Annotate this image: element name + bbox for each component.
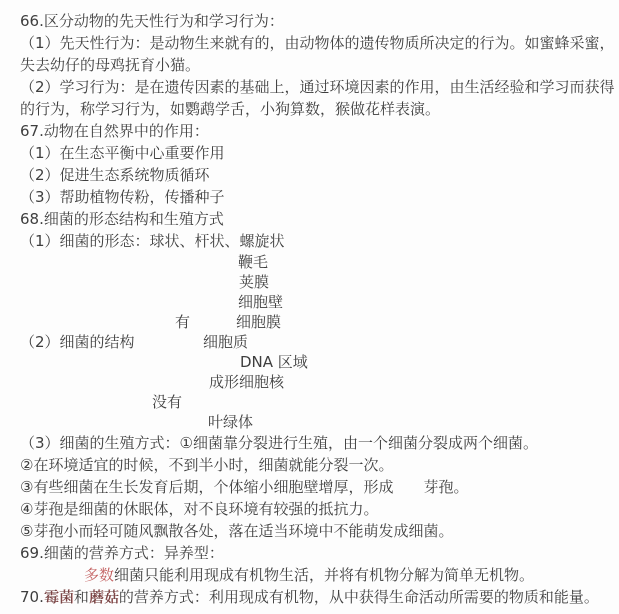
flagellum-label: 鞭毛	[238, 252, 268, 272]
note68-title: 68.细菌的形态结构和生殖方式	[20, 208, 613, 230]
cytoplasm-label: 细胞质	[203, 332, 248, 352]
study-notes-page: 66.区分动物的先天性行为和学习行为： （1）先天性行为：是动物生来就有的，由动…	[0, 0, 619, 614]
note67-title: 67.动物在自然界中的作用：	[20, 120, 613, 142]
note68-reproduction-4: ④芽孢是细菌的休眠体，对不良环境有较强的抵抗力。	[20, 498, 613, 520]
bacteria-structure-diagram: 鞭毛 荚膜 细胞壁 有 细胞膜 （2）细菌的结构 细胞质 DNA 区域 成形细胞…	[20, 252, 613, 432]
note66-innate-behavior-line2: 失去幼仔的母鸡抚育小猫。	[20, 54, 613, 76]
note69-detail: 多数细菌只能利用现成有机物生活，并将有机物分解为简单无机物。	[20, 564, 613, 586]
note70-mushroom-annotated: 蘑菇	[89, 588, 119, 606]
note68-reproduction-3: ③有些细菌在生长发育后期，个体缩小细胞壁增厚，形成 芽孢。	[20, 476, 613, 498]
note69-title: 69.细菌的营养方式：异养型：	[20, 542, 613, 564]
not-have-label: 没有	[152, 392, 182, 412]
note70-number: 70.	[20, 588, 44, 606]
cell-membrane-label: 细胞膜	[236, 312, 281, 332]
note69-detail-text: 细菌只能利用现成有机物生活，并将有机物分解为简单无机物。	[114, 566, 534, 584]
note67-point-1: （1）在生态平衡中心重要作用	[20, 142, 613, 164]
note67-point-3: （3）帮助植物传粉，传播种子	[20, 186, 613, 208]
note68-reproduction-2: ②在环境适宜的时候，不到半小时，细菌就能分裂一次。	[20, 454, 613, 476]
note67-point-2: （2）促进生态系统物质循环	[20, 164, 613, 186]
note70-body: 的营养方式：利用现成有机物，从中获得生命活动所需要的物质和能量。	[119, 588, 599, 606]
note68-reproduction-5: ⑤芽孢小而轻可随风飘散各处，落在适当环境中不能萌发成细菌。	[20, 520, 613, 542]
note66-learned-behavior-line2: 的行为，称学习行为，如鹦鹉学舌，小狗算数，猴做花样表演。	[20, 98, 613, 120]
note66-title: 66.区分动物的先天性行为和学习行为：	[20, 10, 613, 32]
have-label: 有	[175, 312, 190, 332]
formed-nucleus-label: 成形细胞核	[209, 372, 284, 392]
note70-mold-annotated: 霉菌	[44, 588, 74, 606]
dna-region-label: DNA 区域	[240, 352, 308, 372]
chloroplast-label: 叶绿体	[208, 412, 253, 432]
cell-wall-label: 细胞壁	[238, 292, 283, 312]
capsule-label: 荚膜	[239, 272, 269, 292]
note69-highlight-majority: 多数	[84, 566, 114, 584]
note68-reproduction-1: （3）细菌的生殖方式：①细菌靠分裂进行生殖，由一个细菌分裂成两个细菌。	[20, 432, 613, 454]
note68-morphology: （1）细菌的形态：球状、杆状、螺旋状	[20, 230, 613, 252]
note66-learned-behavior-line1: （2）学习行为：是在遗传因素的基础上，通过环境因素的作用，由生活经验和学习而获得	[20, 76, 613, 98]
note70-line: 70.霉菌和蘑菇的营养方式：利用现成有机物，从中获得生命活动所需要的物质和能量。	[20, 586, 613, 608]
note66-innate-behavior-line1: （1）先天性行为：是动物生来就有的，由动物体的遗传物质所决定的行为。如蜜蜂采蜜，	[20, 32, 613, 54]
structure-title: （2）细菌的结构	[20, 332, 135, 352]
note70-and: 和	[74, 588, 89, 606]
